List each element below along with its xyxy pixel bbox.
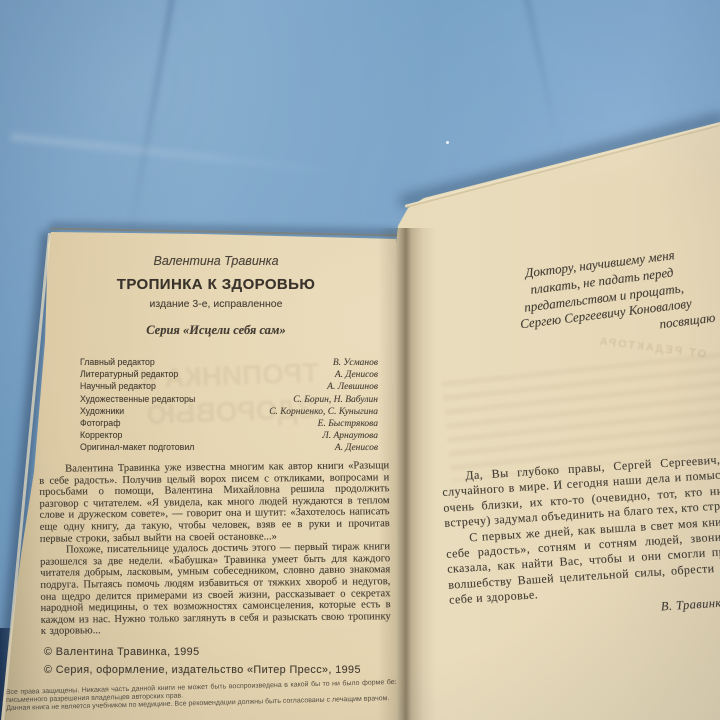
credit-role: Фотограф xyxy=(80,418,120,429)
credit-role: Художники xyxy=(80,406,124,417)
credit-name: Е. Быстрякова xyxy=(318,419,378,430)
annotation-paragraph-2: Похоже, писательнице удалось достичь это… xyxy=(40,541,391,637)
copyright-line-author: © Валентина Травинка, 1995 xyxy=(44,646,396,658)
title-block: Валентина Травинка ТРОПИНКА К ЗДОРОВЬЮ и… xyxy=(40,254,392,338)
credits-list: Главный редактор В. Усманов Литературный… xyxy=(80,357,378,455)
book-title: ТРОПИНКА К ЗДОРОВЬЮ xyxy=(40,276,392,293)
credit-row: Художественные редакторы С. Борин, Н. Ва… xyxy=(80,394,378,406)
credit-role: Корректор xyxy=(80,430,122,441)
series-name: Серия «Исцели себя сам» xyxy=(40,323,392,338)
credit-row: Литературный редактор А. Денисов xyxy=(80,369,378,381)
credit-row: Научный редактор А. Левшинов xyxy=(80,381,378,393)
credit-role: Оригинал-макет подготовил xyxy=(80,442,194,453)
credit-row: Оригинал-макет подготовил А. Денисов xyxy=(80,442,378,454)
dedication-letter: Да, Вы глубоко правы, Сергей Сергеевич, … xyxy=(441,448,720,628)
copyright-line-publisher: © Серия, оформление, издательство «Питер… xyxy=(44,664,396,676)
edition-note: издание 3-е, исправленное xyxy=(40,298,392,310)
copyright-block: © Валентина Травинка, 1995 © Серия, офор… xyxy=(44,646,396,682)
credit-row: Главный редактор В. Усманов xyxy=(80,357,378,369)
credit-role: Главный редактор xyxy=(80,357,155,368)
credit-name: С. Корниенко, С. Куныгина xyxy=(269,407,378,418)
credit-row: Фотограф Е. Быстрякова xyxy=(80,418,378,430)
book-photo-scene: ТРОПИНКА К ЗДОРОВЬЮ Валентина Травинка Т… xyxy=(0,0,720,720)
credit-role: Научный редактор xyxy=(80,381,156,392)
dedication-block: Доктору, научившему меня плакать, не пад… xyxy=(484,242,720,354)
credit-name: Л. Арнаутова xyxy=(322,431,378,442)
annotation-text: Валентина Травинка уже известна многим к… xyxy=(39,460,391,638)
annotation-paragraph-1: Валентина Травинка уже известна многим к… xyxy=(39,460,390,545)
credit-name: В. Усманов xyxy=(333,358,378,369)
book-author: Валентина Травинка xyxy=(40,254,392,268)
credit-name: А. Левшинов xyxy=(327,382,378,393)
dust-speck xyxy=(446,141,449,144)
credit-row: Художники С. Корниенко, С. Куныгина xyxy=(80,406,378,418)
credit-name: А. Денисов xyxy=(335,370,378,381)
credit-role: Литературный редактор xyxy=(80,369,178,380)
credit-role: Художественные редакторы xyxy=(80,394,195,405)
credit-name: С. Борин, Н. Вабулин xyxy=(293,395,378,406)
credit-name: А. Денисов xyxy=(335,443,378,454)
legal-fine-print: Все права защищены. Никакая часть данной… xyxy=(6,679,399,714)
credit-row: Корректор Л. Арнаутова xyxy=(80,430,378,442)
